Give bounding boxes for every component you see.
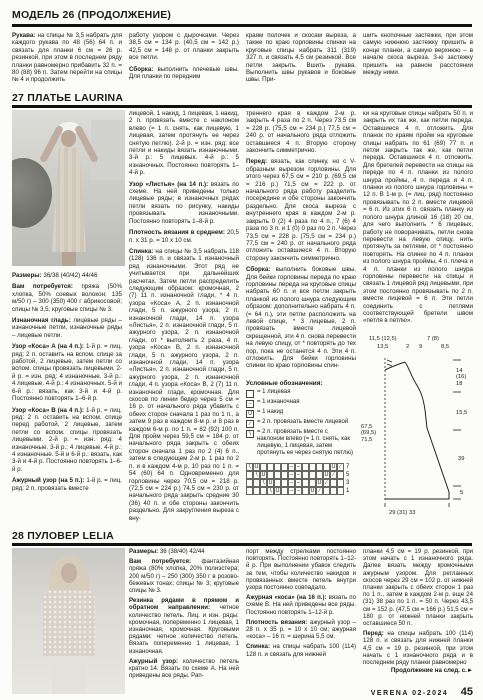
chart-cell — [323, 463, 330, 471]
chart-cell: – — [295, 479, 302, 487]
chart-cell: ∕ — [323, 479, 330, 487]
chart-cell: – — [295, 471, 302, 479]
legend-text: = 2 п. провязать вместе с наклоном влево… — [257, 429, 356, 457]
pattern-schematic: 11,5 (12,5) 7 (8) 13,5 2 9 8,5 14 (16) 1… — [361, 336, 475, 530]
stitch-symbol-icon: U — [246, 410, 254, 418]
stitch-symbol-icon: ∕ — [246, 420, 254, 428]
legend-title: Условные обозначения: — [246, 380, 356, 387]
chart-cell — [260, 487, 267, 495]
chart-cell: ∕ — [316, 487, 323, 495]
s26-column-1: Рукава: на спицы № 3,5 набрать для каждо… — [12, 32, 122, 90]
section-28-rule — [12, 543, 472, 546]
s28-column-3: порт между стрелками постоянно повторять… — [246, 548, 356, 694]
stitch-symbol-icon — [246, 390, 254, 398]
chart-cell — [274, 479, 281, 487]
chart-cell: U — [253, 463, 260, 471]
chart-row-number: 1 — [346, 487, 349, 495]
section-27-title: 27 ПЛАТЬЕ LAURINA — [12, 92, 123, 104]
chart-cell: – — [288, 471, 295, 479]
paragraph: Сборка: выполнить боковые швы. Для бейки… — [246, 266, 356, 370]
chart-cell — [337, 487, 344, 495]
paragraph: Ажурный узор (на 5 п.): 1-й р. = лиц. ря… — [12, 477, 122, 492]
legend-text: = 1 лицевая — [257, 389, 290, 398]
chart-cell — [281, 479, 288, 487]
legend-item: U= 1 накид — [246, 409, 356, 418]
paragraph: Ажурная «коса» (на 16 п.): вязать по схе… — [246, 594, 356, 616]
paragraph: работу узором с дырочками. Через 38,5 см… — [129, 32, 239, 62]
chart-cell: U — [274, 487, 281, 495]
s28-column-2: Размеры: 36 (38/40) 42/44Вам потребуется… — [129, 548, 239, 694]
chart-cell: – — [288, 479, 295, 487]
chart-cell: – — [288, 487, 295, 495]
chart-cell — [246, 471, 253, 479]
chart-cell — [302, 487, 309, 495]
section-26-title: МОДЕЛЬ 26 (ПРОДОЛЖЕНИЕ) — [12, 9, 171, 21]
schematic-outline — [361, 336, 475, 508]
chart-cell — [302, 471, 309, 479]
chart-row: ∖U––U∕1 — [246, 487, 356, 495]
paragraph: Резинка рядами в прямом и обратном напра… — [129, 597, 239, 655]
s27-column-4: ки на круговые спицы набрать 50 п. и зак… — [363, 110, 473, 336]
s27-column-1: Размеры: 36/38 (40/42) 44/46Вам потребуе… — [12, 272, 122, 524]
photo-knitted-dress — [52, 148, 86, 252]
chart-row: ∖U––U∕3 — [246, 479, 356, 487]
paragraph: Плотность вязания в среднем: 20,5 п. x 3… — [129, 229, 239, 244]
paragraph: Вам потребуется: фантазийная пряжа (80% … — [129, 558, 239, 594]
legend-text: = 1 накид — [257, 409, 283, 418]
paragraph: Спинка: на спицы набрать 100 (114) 128 п… — [246, 643, 356, 657]
chart-cell — [337, 471, 344, 479]
chart-cell: – — [295, 487, 302, 495]
chart-cell: U — [316, 479, 323, 487]
paragraph: Ажурный узор: количество петель кратно 1… — [129, 658, 239, 680]
chart-cell: ∕ — [330, 471, 337, 479]
s26-column-3: краям полочек и скосам выреза, а также п… — [246, 32, 356, 90]
paragraph: треннего края в каждом 2-м р. закрыть 4 … — [246, 110, 356, 154]
chart-cell: U — [309, 487, 316, 495]
chart-cell — [323, 487, 330, 495]
chart-row-number: 3 — [346, 479, 349, 487]
paragraph: Размеры: 36 (38/40) 42/44 — [129, 548, 239, 555]
knitting-chart: ∖U––U∕7∖U––U∕5∖U––U∕3∖U––U∕1 — [246, 463, 356, 495]
paragraph: порт между стрелками постоянно повторять… — [246, 548, 356, 591]
chart-cell: ∖ — [267, 487, 274, 495]
chart-cell — [267, 471, 274, 479]
photo-model-figure — [46, 122, 92, 266]
photo-head — [61, 130, 76, 147]
photo-pullover-lelia — [12, 548, 125, 694]
chart-cell — [274, 471, 281, 479]
paragraph: Плотность вязания: ажурный узор – 28 п. … — [246, 619, 356, 641]
continuation-note: Продолжение на след. с.► — [363, 667, 473, 674]
s26-column-2: работу узором с дырочками. Через 38,5 см… — [129, 32, 239, 90]
section-27-rule — [12, 105, 472, 108]
chart-legend: = 1 лицевая–= 1 изнаночнаяU= 1 накид∕= 2… — [246, 389, 356, 457]
paragraph: Перед: на спицы набрать 100 (114) 128 п.… — [363, 630, 473, 666]
paragraph: Перед: вязать, как спинку, но с V-образн… — [246, 158, 356, 262]
chart-row-number: 7 — [346, 463, 349, 471]
paragraph: Рукава: на спицы № 3,5 набрать для каждо… — [12, 32, 122, 84]
chart-cell: ∖ — [260, 479, 267, 487]
chart-cell — [330, 479, 337, 487]
paragraph: Изнаночная гладь: лицевые ряды – изнаноч… — [12, 317, 122, 339]
s27-column-2: лицевой, 1 накид, 1 лицевая, 1 накид, 2 … — [129, 110, 239, 528]
magazine-brand: VERENA 02-2024 — [371, 690, 449, 697]
chart-cell — [281, 487, 288, 495]
paragraph: Сборка: выполнить плечевые швы. Для план… — [129, 66, 239, 81]
legend-text: = 2 п. провязать вместе лицевой — [257, 419, 348, 428]
magazine-page: МОДЕЛЬ 26 (ПРОДОЛЖЕНИЕ) Рукава: на спицы… — [0, 0, 483, 700]
chart-cell — [309, 471, 316, 479]
photo2-pants — [52, 656, 86, 694]
chart-cell — [260, 463, 267, 471]
paragraph: лицевой, 1 накид, 1 лицевая, 1 накид, 2 … — [129, 110, 239, 177]
legend-item: ∖= 2 п. провязать вместе с наклоном влев… — [246, 429, 356, 457]
chart-cell — [316, 463, 323, 471]
measure-bottom: 29 (31) 33 — [389, 510, 415, 516]
chart-cell — [316, 471, 323, 479]
photo2-sweater — [43, 590, 95, 656]
s27-column-3: треннего края в каждом 2-м р. закрыть 4 … — [246, 110, 356, 528]
paragraph: краям полочек и скосам выреза, а также п… — [246, 32, 356, 84]
chart-cell: U — [330, 463, 337, 471]
chart-cell — [330, 487, 337, 495]
legend-item: = 1 лицевая — [246, 389, 356, 398]
chart-cell: – — [295, 463, 302, 471]
chart-cell — [302, 479, 309, 487]
paragraph: Узор «Коса» А (на 4 п.): 1-й р. = лиц. р… — [12, 343, 122, 402]
chart-cell — [253, 487, 260, 495]
photo2-model-figure — [40, 556, 98, 694]
legend-item: ∕= 2 п. провязать вместе лицевой — [246, 419, 356, 428]
chart-row: ∖U––U∕7 — [246, 463, 356, 471]
chart-cell — [302, 463, 309, 471]
stitch-symbol-icon: ∖ — [246, 430, 254, 438]
paragraph: планки 4,5 см = 19 р. резинкой, при этом… — [363, 548, 473, 627]
chart-row: ∖U––U∕5 — [246, 471, 356, 479]
chart-row-number: 5 — [346, 471, 349, 479]
chart-cell — [337, 479, 344, 487]
chart-cell: ∖ — [246, 463, 253, 471]
photo-legs — [62, 252, 76, 266]
chart-cell — [246, 487, 253, 495]
chart-cell — [274, 463, 281, 471]
chart-cell — [309, 479, 316, 487]
s27-column-3-text: треннего края в каждом 2-м р. закрыть 4 … — [246, 110, 356, 370]
chart-cell — [253, 479, 260, 487]
page-number: 45 — [461, 686, 473, 698]
chart-cell: U — [323, 471, 330, 479]
chart-cell: ∕ — [337, 463, 344, 471]
chart-cell: ∖ — [253, 471, 260, 479]
paragraph: Вам потребуется: пряжа (50% хлопка, 50% … — [12, 283, 122, 313]
chart-cell: U — [267, 479, 274, 487]
photo-building — [91, 120, 125, 180]
s28-column-4: планки 4,5 см = 19 р. резинкой, при этом… — [363, 548, 473, 666]
legend-text: = 1 изнаночная — [257, 399, 299, 408]
chart-cell — [267, 463, 274, 471]
photo-dress-laurina — [12, 110, 125, 266]
chart-cell: U — [260, 471, 267, 479]
chart-cell — [246, 479, 253, 487]
chart-cell — [281, 463, 288, 471]
stitch-symbol-icon: – — [246, 400, 254, 408]
section-26-rule — [12, 24, 472, 27]
page-footer: VERENA 02-2024 45 — [330, 682, 473, 700]
section-28-title: 28 ПУЛОВЕР LELIA — [12, 530, 114, 542]
paragraph: ки на круговые спицы набрать 50 п. и зак… — [363, 110, 473, 325]
paragraph: Спинка: на спицы № 3,5 набрать 118 (128)… — [129, 248, 239, 522]
chart-cell — [309, 463, 316, 471]
s26-column-4: шить кнопочные застежки, при этом самую … — [363, 32, 473, 90]
paragraph: Узор «Листья» (на 14 п.): вязать по схем… — [129, 181, 239, 225]
photo2-face — [61, 563, 77, 583]
chart-cell — [281, 471, 288, 479]
legend-item: –= 1 изнаночная — [246, 399, 356, 408]
chart-cell: – — [288, 463, 295, 471]
paragraph: Узор «Коса» В (на 4 п.): 1-й р. = лиц. р… — [12, 407, 122, 474]
paragraph: Размеры: 36/38 (40/42) 44/46 — [12, 272, 122, 279]
paragraph: шить кнопочные застежки, при этом самую … — [363, 32, 473, 76]
